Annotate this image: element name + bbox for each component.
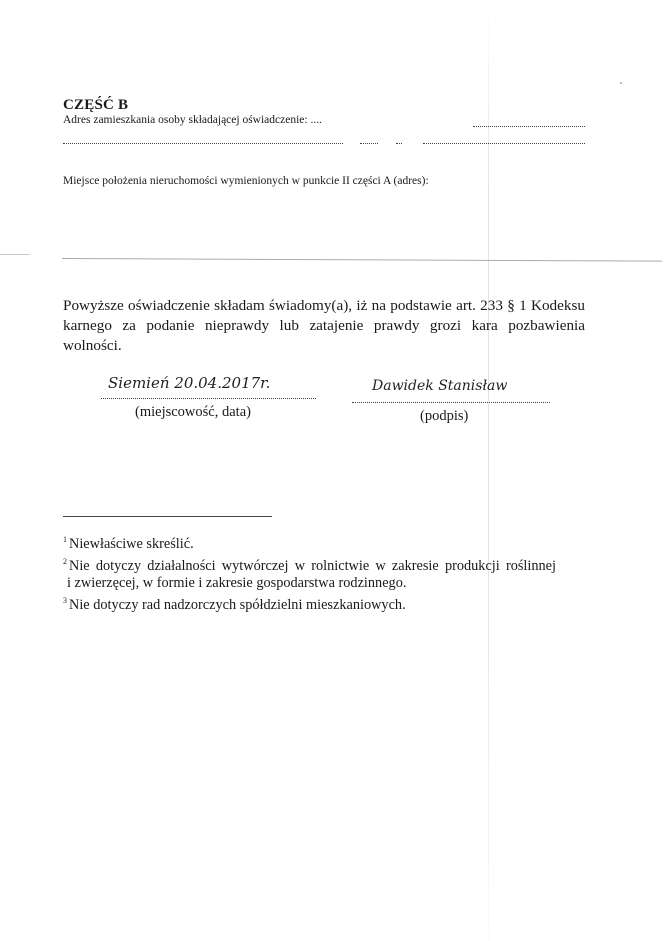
footnote-text: Niewłaściwe skreślić. — [69, 536, 194, 552]
document-page: CZĘŚĆ B Adres zamieszkania osoby składaj… — [0, 0, 665, 941]
footnote-text: Nie dotyczy działalności wytwórczej w ro… — [69, 558, 556, 574]
scan-fold-line — [488, 0, 489, 941]
footnote-number: 2 — [63, 557, 67, 566]
signature-handwriting: Dawidek Stanisław — [372, 378, 507, 394]
property-location-label: Miejsce położenia nieruchomości wymienio… — [63, 175, 429, 187]
declaration-text: Powyższe oświadczenie składam świadomy(a… — [63, 296, 585, 356]
residence-dotted-line-3 — [360, 143, 378, 144]
section-heading: CZĘŚĆ B — [63, 97, 128, 114]
scan-speck — [620, 82, 622, 84]
footnotes: 1Niewłaściwe skreślić. 2Nie dotyczy dzia… — [63, 531, 556, 614]
signature-caption: (podpis) — [420, 408, 468, 425]
place-date-handwriting: Siemień 20.04.2017r. — [108, 374, 270, 392]
residence-dotted-line-4 — [396, 143, 402, 144]
place-date-caption: (miejscowość, data) — [135, 404, 251, 421]
signature-dotted-line — [352, 402, 550, 403]
residence-dotted-line-2 — [63, 143, 343, 144]
residence-label: Adres zamieszkania osoby składającej ośw… — [63, 114, 322, 126]
footnote-3: 3Nie dotyczy rad nadzorczych spółdzielni… — [63, 592, 556, 614]
footnote-text: Nie dotyczy rad nadzorczych spółdzielni … — [69, 597, 406, 613]
footnote-1: 1Niewłaściwe skreślić. — [63, 531, 556, 553]
residence-dotted-line-5 — [423, 143, 585, 144]
scan-line-fragment — [0, 254, 30, 255]
footnote-separator — [63, 516, 272, 517]
residence-dotted-line — [473, 126, 585, 127]
property-location-line — [62, 258, 662, 262]
footnote-2: 2Nie dotyczy działalności wytwórczej w r… — [63, 553, 556, 592]
footnote-number: 1 — [63, 535, 67, 544]
place-date-dotted-line — [101, 398, 316, 399]
footnote-number: 3 — [63, 596, 67, 605]
footnote-continuation: i zwierzęcej, w formie i zakresie gospod… — [63, 575, 556, 592]
